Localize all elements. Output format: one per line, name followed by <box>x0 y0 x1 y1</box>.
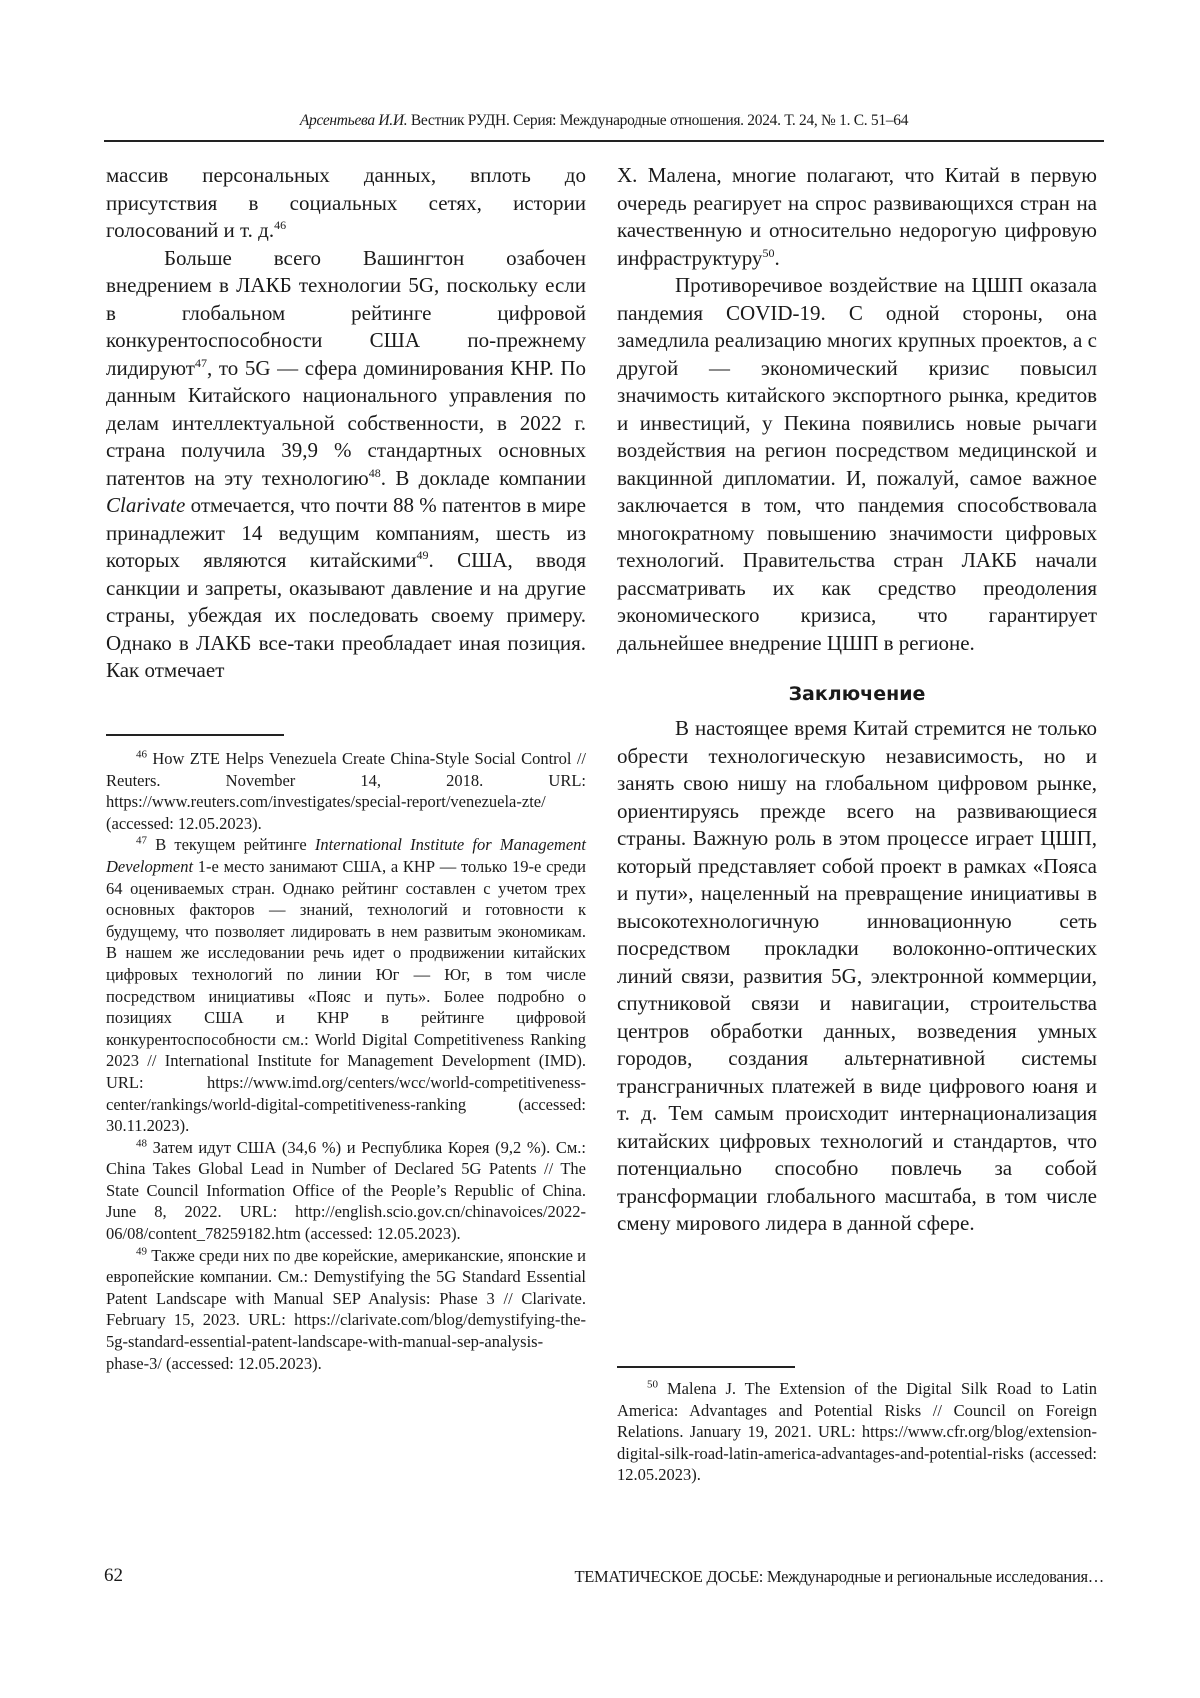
footnote-ref-47[interactable]: 47 <box>195 356 207 370</box>
right-footnotes: 50 Malena J. The Extension of the Digita… <box>617 1378 1097 1486</box>
footnote-50: 50 Malena J. The Extension of the Digita… <box>617 1378 1097 1486</box>
footnote-ref-49[interactable]: 49 <box>417 548 429 562</box>
footnote-ref-46[interactable]: 46 <box>274 218 286 232</box>
footnote-rule <box>617 1366 795 1368</box>
footer-section-title: ТЕМАТИЧЕСКОЕ ДОСЬЕ: Международные и реги… <box>574 1567 1104 1587</box>
page-number: 62 <box>104 1565 123 1587</box>
footnote-ref-50[interactable]: 50 <box>762 246 774 260</box>
paragraph: Больше всего Вашингтон озабочен внедрени… <box>106 245 586 685</box>
paragraph: Х. Малена, многие полагают, что Китай в … <box>617 162 1097 272</box>
footnote-49: 49 Также среди них по две корейские, аме… <box>106 1245 586 1375</box>
header-author: Арсентьева И.И. <box>300 112 407 129</box>
header-citation: Вестник РУДН. Серия: Международные отнош… <box>411 112 908 129</box>
footnote-47: 47 В текущем рейтинге International Inst… <box>106 834 586 1136</box>
footnote-ref-48[interactable]: 48 <box>369 466 381 480</box>
running-head: Арсентьева И.И. Вестник РУДН. Серия: Меж… <box>104 112 1104 130</box>
left-footnotes: 46 How ZTE Helps Venezuela Create China-… <box>106 748 586 1374</box>
section-heading: Заключение <box>617 683 1097 705</box>
right-column: Х. Малена, многие полагают, что Китай в … <box>617 162 1097 1238</box>
paragraph: В настоящее время Китай стремится не тол… <box>617 715 1097 1238</box>
left-column: массив персональных данных, вплоть до пр… <box>106 162 586 685</box>
footnote-46: 46 How ZTE Helps Venezuela Create China-… <box>106 748 586 834</box>
paragraph: массив персональных данных, вплоть до пр… <box>106 162 586 245</box>
header-rule <box>104 140 1104 142</box>
footnote-48: 48 Затем идут США (34,6 %) и Республика … <box>106 1137 586 1245</box>
footnote-rule <box>106 734 284 736</box>
paragraph: Противоречивое воздействие на ЦШП оказал… <box>617 272 1097 657</box>
